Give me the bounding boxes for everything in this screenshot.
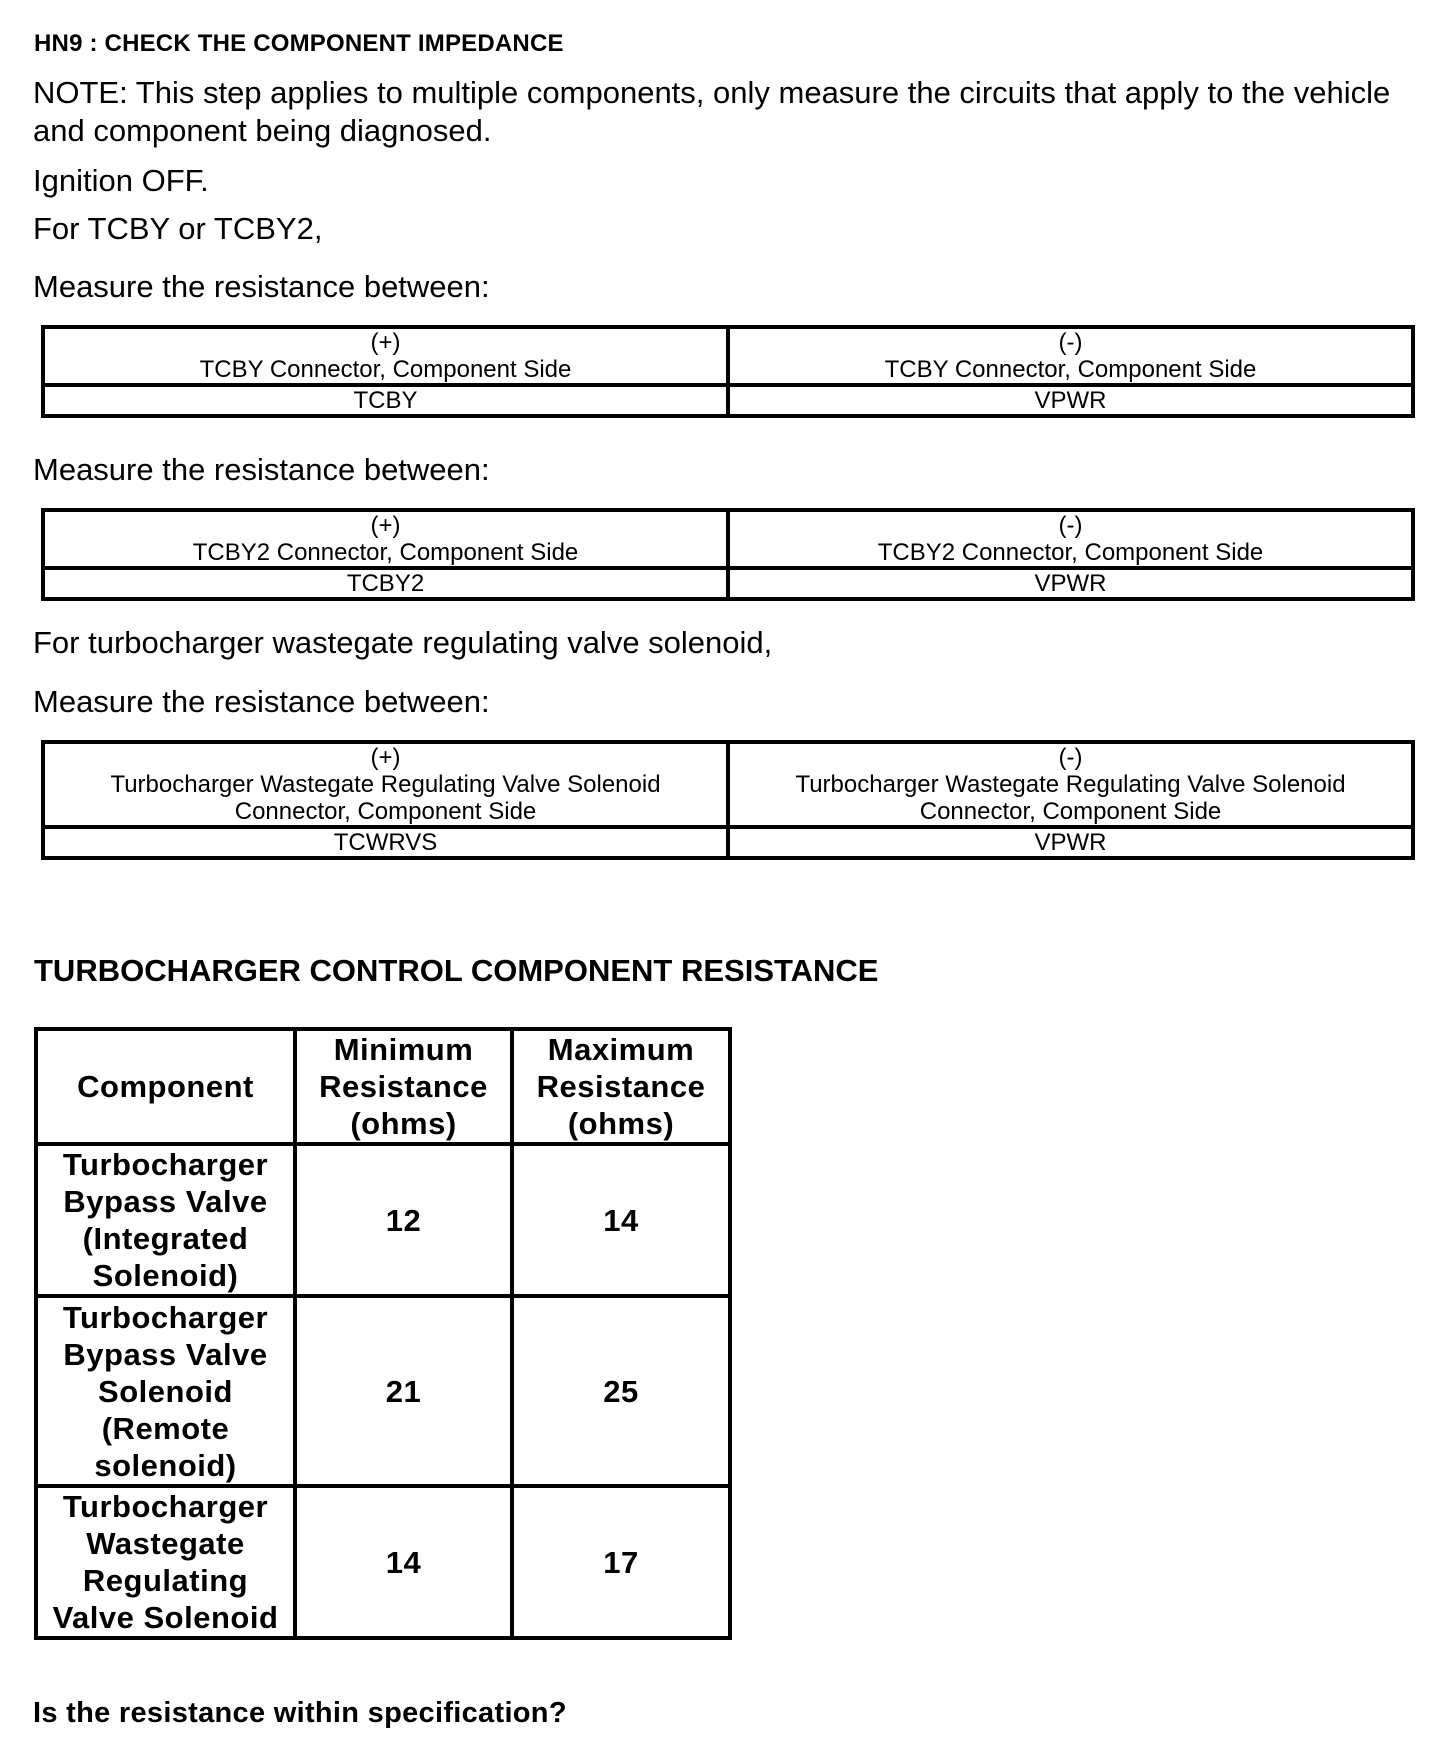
negative-probe-cell: (-) Turbocharger Wastegate Regulating Va…: [728, 742, 1413, 827]
negative-connector-line-1: Turbocharger Wastegate Regulating Valve …: [730, 771, 1411, 798]
table-row: TurbochargerBypass ValveSolenoid(Remotes…: [36, 1296, 730, 1486]
ignition-instruction: Ignition OFF.: [33, 162, 209, 200]
negative-sign: (-): [730, 512, 1411, 539]
header-max-resistance-line: Resistance: [516, 1068, 726, 1105]
negative-pin: VPWR: [728, 385, 1413, 416]
header-row: ComponentMinimumResistance(ohms)MaximumR…: [36, 1029, 730, 1144]
negative-sign: (-): [730, 329, 1411, 356]
positive-pin: TCBY2: [43, 568, 728, 599]
header-max-resistance: MaximumResistance(ohms): [512, 1029, 730, 1144]
positive-connector: TCBY Connector, Component Side: [45, 356, 726, 383]
min-resistance: 21: [295, 1296, 512, 1486]
header-component-line: Component: [40, 1068, 291, 1105]
pin-row: TCWRVS VPWR: [43, 827, 1413, 858]
component-name-line: (Remote: [40, 1410, 291, 1447]
header-min-resistance: MinimumResistance(ohms): [295, 1029, 512, 1144]
positive-connector-line-2: Connector, Component Side: [45, 798, 726, 825]
spec-question: Is the resistance within specification?: [33, 1697, 567, 1730]
component-name-line: Valve Solenoid: [40, 1599, 291, 1636]
min-resistance: 12: [295, 1144, 512, 1296]
note-text: NOTE: This step applies to multiple comp…: [33, 74, 1433, 150]
header-component: Component: [36, 1029, 295, 1144]
component-name-line: Wastegate: [40, 1525, 291, 1562]
positive-sign: (+): [45, 329, 726, 356]
measure-label-3: Measure the resistance between:: [33, 683, 490, 721]
negative-probe-cell: (-) TCBY Connector, Component Side: [728, 327, 1413, 385]
negative-connector: TCBY2 Connector, Component Side: [730, 539, 1411, 566]
component-name-line: solenoid): [40, 1447, 291, 1484]
negative-connector-line-2: Connector, Component Side: [730, 798, 1411, 825]
max-resistance: 17: [512, 1486, 730, 1638]
component-name-line: Solenoid: [40, 1373, 291, 1410]
wastegate-condition: For turbocharger wastegate regulating va…: [33, 624, 772, 662]
measurement-table-tcwrvs: (+) Turbocharger Wastegate Regulating Va…: [41, 740, 1415, 860]
max-resistance-line: 17: [516, 1544, 726, 1581]
component-name: TurbochargerBypass Valve(IntegratedSolen…: [36, 1144, 295, 1296]
positive-pin: TCWRVS: [43, 827, 728, 858]
measurement-table-tcby2: (+) TCBY2 Connector, Component Side (-) …: [41, 508, 1415, 601]
header-max-resistance-line: (ohms): [516, 1105, 726, 1142]
positive-probe-cell: (+) TCBY Connector, Component Side: [43, 327, 728, 385]
resistance-spec-table: ComponentMinimumResistance(ohms)MaximumR…: [34, 1027, 732, 1640]
connector-row: (+) Turbocharger Wastegate Regulating Va…: [43, 742, 1413, 827]
max-resistance-line: 25: [516, 1373, 726, 1410]
positive-connector: TCBY2 Connector, Component Side: [45, 539, 726, 566]
max-resistance-line: 14: [516, 1202, 726, 1239]
measurement-table-tcby: (+) TCBY Connector, Component Side (-) T…: [41, 325, 1415, 418]
min-resistance-line: 21: [299, 1373, 508, 1410]
positive-probe-cell: (+) Turbocharger Wastegate Regulating Va…: [43, 742, 728, 827]
positive-connector-line-1: Turbocharger Wastegate Regulating Valve …: [45, 771, 726, 798]
step-heading: HN9 : CHECK THE COMPONENT IMPEDANCE: [34, 30, 564, 58]
negative-sign: (-): [730, 744, 1411, 771]
pin-row: TCBY2 VPWR: [43, 568, 1413, 599]
header-max-resistance-line: Maximum: [516, 1031, 726, 1068]
table-row: TurbochargerBypass Valve(IntegratedSolen…: [36, 1144, 730, 1296]
component-name-line: Turbocharger: [40, 1488, 291, 1525]
max-resistance: 25: [512, 1296, 730, 1486]
component-name: TurbochargerWastegateRegulatingValve Sol…: [36, 1486, 295, 1638]
resistance-table-title: TURBOCHARGER CONTROL COMPONENT RESISTANC…: [34, 953, 878, 989]
measure-label-2: Measure the resistance between:: [33, 451, 490, 489]
negative-pin: VPWR: [728, 827, 1413, 858]
header-min-resistance-line: (ohms): [299, 1105, 508, 1142]
component-name-line: Turbocharger: [40, 1299, 291, 1336]
negative-pin: VPWR: [728, 568, 1413, 599]
pin-row: TCBY VPWR: [43, 385, 1413, 416]
min-resistance: 14: [295, 1486, 512, 1638]
component-name-line: Bypass Valve: [40, 1183, 291, 1220]
component-name: TurbochargerBypass ValveSolenoid(Remotes…: [36, 1296, 295, 1486]
negative-connector: TCBY Connector, Component Side: [730, 356, 1411, 383]
connector-row: (+) TCBY Connector, Component Side (-) T…: [43, 327, 1413, 385]
component-name-line: Bypass Valve: [40, 1336, 291, 1373]
min-resistance-line: 14: [299, 1544, 508, 1581]
measure-label-1: Measure the resistance between:: [33, 268, 490, 306]
connector-row: (+) TCBY2 Connector, Component Side (-) …: [43, 510, 1413, 568]
component-name-line: Regulating: [40, 1562, 291, 1599]
positive-sign: (+): [45, 512, 726, 539]
header-min-resistance-line: Minimum: [299, 1031, 508, 1068]
positive-sign: (+): [45, 744, 726, 771]
negative-probe-cell: (-) TCBY2 Connector, Component Side: [728, 510, 1413, 568]
component-name-line: (Integrated: [40, 1220, 291, 1257]
component-name-line: Turbocharger: [40, 1146, 291, 1183]
positive-pin: TCBY: [43, 385, 728, 416]
header-min-resistance-line: Resistance: [299, 1068, 508, 1105]
tcby-condition: For TCBY or TCBY2,: [33, 210, 322, 248]
max-resistance: 14: [512, 1144, 730, 1296]
table-row: TurbochargerWastegateRegulatingValve Sol…: [36, 1486, 730, 1638]
min-resistance-line: 12: [299, 1202, 508, 1239]
positive-probe-cell: (+) TCBY2 Connector, Component Side: [43, 510, 728, 568]
component-name-line: Solenoid): [40, 1257, 291, 1294]
